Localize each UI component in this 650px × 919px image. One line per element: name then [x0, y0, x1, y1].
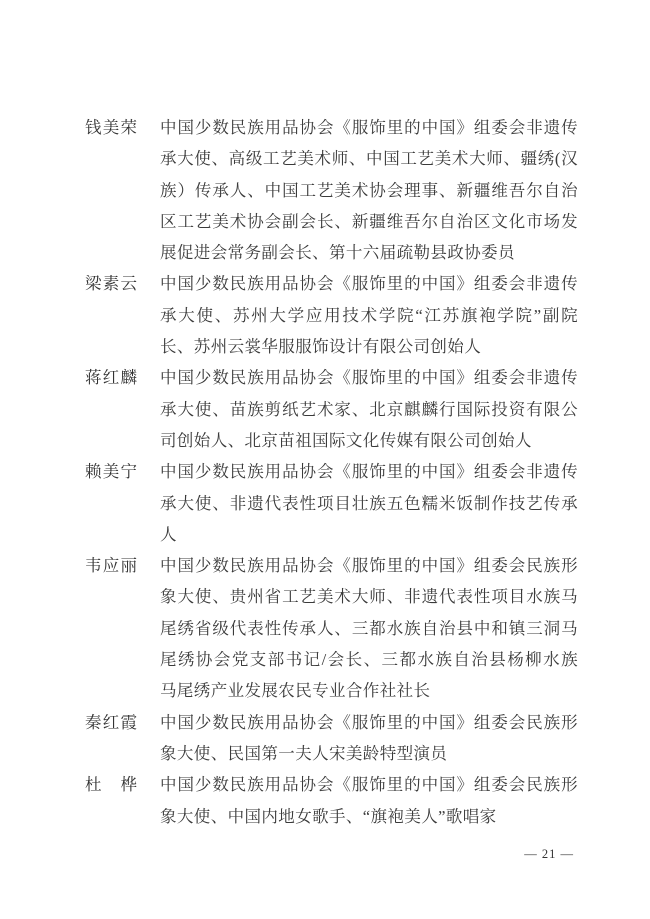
- title-line: 长、苏州云裳华服服饰设计有限公司创始人: [160, 331, 578, 362]
- document-page: 钱美荣中国少数民族用品协会《服饰里的中国》组委会非遗传承大使、高级工艺美术师、中…: [0, 0, 650, 919]
- person-titles: 中国少数民族用品协会《服饰里的中国》组委会民族形象大使、民国第一夫人宋美龄特型演…: [160, 707, 578, 770]
- title-line: 承大使、苏州大学应用技术学院“江苏旗袍学院”副院: [160, 300, 578, 331]
- title-line: 中国少数民族用品协会《服饰里的中国》组委会非遗传: [160, 456, 578, 487]
- person-titles: 中国少数民族用品协会《服饰里的中国》组委会非遗传承大使、高级工艺美术师、中国工艺…: [160, 112, 578, 268]
- roster-entry: 秦红霞中国少数民族用品协会《服饰里的中国》组委会民族形象大使、民国第一夫人宋美龄…: [85, 707, 578, 770]
- person-name: 赖美宁: [85, 456, 137, 487]
- person-name: 韦应丽: [85, 550, 137, 581]
- title-line: 承大使、高级工艺美术师、中国工艺美术大师、疆绣(汉: [160, 143, 578, 174]
- title-line: 马尾绣产业发展农民专业合作社社长: [160, 675, 578, 706]
- title-line: 中国少数民族用品协会《服饰里的中国》组委会民族形: [160, 550, 578, 581]
- roster-entry: 钱美荣中国少数民族用品协会《服饰里的中国》组委会非遗传承大使、高级工艺美术师、中…: [85, 112, 578, 268]
- title-line: 尾绣省级代表性传承人、三都水族自治县中和镇三洞马: [160, 613, 578, 644]
- person-titles: 中国少数民族用品协会《服饰里的中国》组委会民族形象大使、贵州省工艺美术大师、非遗…: [160, 550, 578, 706]
- roster-entry: 韦应丽中国少数民族用品协会《服饰里的中国》组委会民族形象大使、贵州省工艺美术大师…: [85, 550, 578, 706]
- title-line: 承大使、苗族剪纸艺术家、北京麒麟行国际投资有限公: [160, 394, 578, 425]
- title-line: 中国少数民族用品协会《服饰里的中国》组委会民族形: [160, 707, 578, 738]
- title-line: 中国少数民族用品协会《服饰里的中国》组委会非遗传: [160, 362, 578, 393]
- roster-entry: 赖美宁中国少数民族用品协会《服饰里的中国》组委会非遗传承大使、非遗代表性项目壮族…: [85, 456, 578, 550]
- title-line: 中国少数民族用品协会《服饰里的中国》组委会非遗传: [160, 112, 578, 143]
- roster-entry: 梁素云中国少数民族用品协会《服饰里的中国》组委会非遗传承大使、苏州大学应用技术学…: [85, 268, 578, 362]
- title-line: 象大使、中国内地女歌手、“旗袍美人”歌唱家: [160, 801, 578, 832]
- person-titles: 中国少数民族用品协会《服饰里的中国》组委会民族形象大使、中国内地女歌手、“旗袍美…: [160, 769, 578, 832]
- person-titles: 中国少数民族用品协会《服饰里的中国》组委会非遗传承大使、非遗代表性项目壮族五色糯…: [160, 456, 578, 550]
- person-name: 秦红霞: [85, 707, 137, 738]
- person-titles: 中国少数民族用品协会《服饰里的中国》组委会非遗传承大使、苏州大学应用技术学院“江…: [160, 268, 578, 362]
- roster-entry: 蒋红麟中国少数民族用品协会《服饰里的中国》组委会非遗传承大使、苗族剪纸艺术家、北…: [85, 362, 578, 456]
- person-name: 杜桦: [85, 769, 137, 800]
- title-line: 司创始人、北京苗祖国际文化传媒有限公司创始人: [160, 425, 578, 456]
- person-name: 蒋红麟: [85, 362, 137, 393]
- person-name: 梁素云: [85, 268, 137, 299]
- person-titles: 中国少数民族用品协会《服饰里的中国》组委会非遗传承大使、苗族剪纸艺术家、北京麒麟…: [160, 362, 578, 456]
- title-line: 族）传承人、中国工艺美术协会理事、新疆维吾尔自治: [160, 175, 578, 206]
- title-line: 尾绣协会党支部书记/会长、三都水族自治县杨柳水族: [160, 644, 578, 675]
- title-line: 象大使、贵州省工艺美术大师、非遗代表性项目水族马: [160, 581, 578, 612]
- title-line: 中国少数民族用品协会《服饰里的中国》组委会非遗传: [160, 268, 578, 299]
- roster-entry: 杜桦中国少数民族用品协会《服饰里的中国》组委会民族形象大使、中国内地女歌手、“旗…: [85, 769, 578, 832]
- title-line: 区工艺美术协会副会长、新疆维吾尔自治区文化市场发: [160, 206, 578, 237]
- title-line: 承大使、非遗代表性项目壮族五色糯米饭制作技艺传承: [160, 488, 578, 519]
- title-line: 中国少数民族用品协会《服饰里的中国》组委会民族形: [160, 769, 578, 800]
- title-line: 展促进会常务副会长、第十六届疏勒县政协委员: [160, 237, 578, 268]
- title-line: 象大使、民国第一夫人宋美龄特型演员: [160, 738, 578, 769]
- page-number: — 21 —: [524, 845, 574, 863]
- title-line: 人: [160, 519, 578, 550]
- roster-list: 钱美荣中国少数民族用品协会《服饰里的中国》组委会非遗传承大使、高级工艺美术师、中…: [85, 112, 578, 832]
- person-name: 钱美荣: [85, 112, 137, 143]
